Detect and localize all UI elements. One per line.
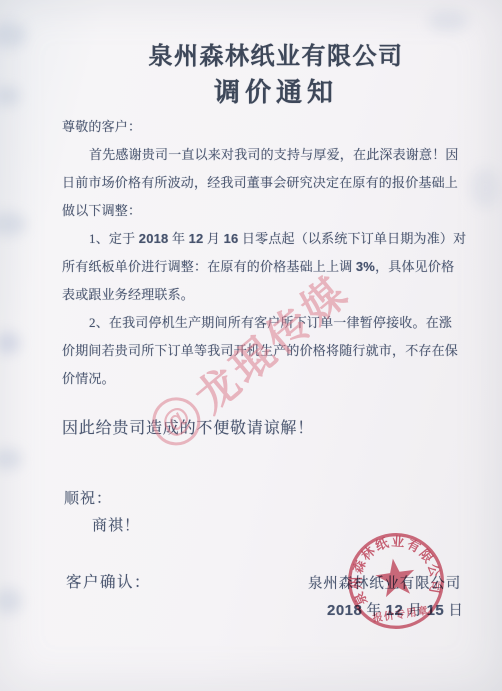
scanned-price-notice-document: 泉州森林纸业有限公司 调价通知 尊敬的客户： 首先感谢贵司一直以来对我司的支持与… [0,0,502,691]
item1-text: 月 [203,231,223,246]
star-icon [373,556,417,598]
regards-wish: 商祺！ [92,514,140,535]
intro-line-2: 日前市场价格有所波动，经我司董事会研究决定在原有的报价基础上 [62,169,462,197]
item1-text: 所有纸板单价进行调整：在原有的价格基础上上调 [62,259,356,274]
item1-percent: 3% [356,259,375,274]
item1-line-1: 1、定于 2018 年 12 月 16 日零点起（以系统下订单日期为准）对 [62,225,462,253]
item1-month: 12 [189,231,204,246]
scan-smudge [0,22,26,48]
notice-title: 调价通知 [25,72,502,109]
company-seal-stamp: 泉州森林纸业有限公司 报价专用章 [315,500,478,663]
intro-line-3: 做以下调整： [62,197,462,225]
item1-year: 2018 [139,231,169,246]
apology-line: 因此给贵司造成的不便敬请谅解！ [62,415,314,438]
item1-day: 16 [224,231,239,246]
scan-smudge [470,168,500,208]
item1-text: 日零点起（以系统下订单日期为准）对 [238,231,466,246]
company-title: 泉州森林纸业有限公司 [25,36,502,71]
scan-smudge [0,588,22,614]
intro-line-1: 首先感谢贵司一直以来对我司的支持与厚爱，在此深表谢意！因 [62,141,462,169]
scan-smudge [0,212,26,236]
item1-line-3: 表或跟业务经理联系。 [62,281,462,309]
salutation: 尊敬的客户： [62,113,462,141]
notice-body: 尊敬的客户： 首先感谢贵司一直以来对我司的支持与厚爱，在此深表谢意！因 日前市场… [62,113,462,393]
scan-smudge [0,332,20,354]
item1-text: ，具体见价格 [375,259,454,274]
item1-text: 年 [169,231,189,246]
scan-smudge [428,10,468,32]
item1-text: 1、定于 [89,231,139,246]
regards-prefix: 顺祝： [64,487,112,508]
item2-line-1: 2、在我司停机生产期间所有客户所下订单一律暂停接收。在涨 [62,309,462,337]
scan-smudge [0,86,20,106]
item2-line-2: 价期间若贵司所下订单等我司开机生产的价格将随行就市，不存在保 [62,337,462,365]
item1-line-2: 所有纸板单价进行调整：在原有的价格基础上上调 3%，具体见价格 [62,253,462,281]
scan-smudge [0,448,22,470]
customer-confirm-label: 客户确认： [66,570,151,592]
item2-line-3: 价情况。 [62,365,462,393]
